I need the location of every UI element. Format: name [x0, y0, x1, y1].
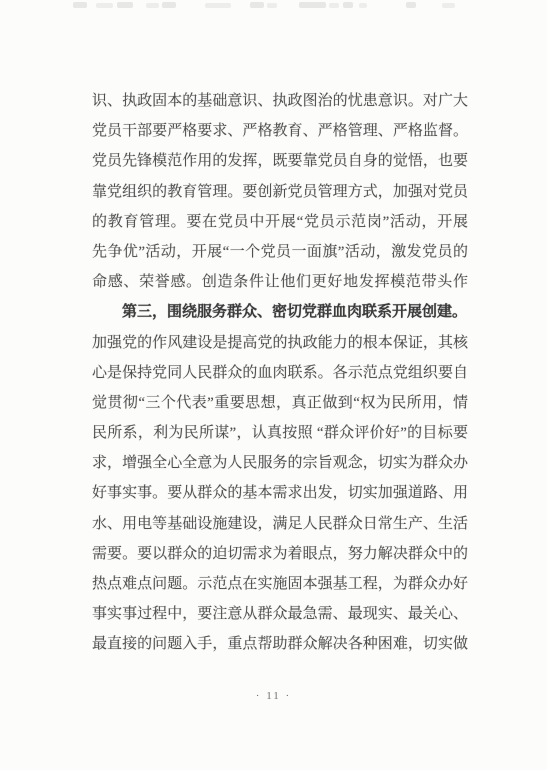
body-text-line: 事实事过程中，要注意从群众最急需、最现实、最关心、	[92, 599, 468, 629]
body-text-line: 民所系，利为民所谋”，认真按照 “群众评价好”的目标要	[92, 418, 468, 448]
body-text-line: 党员干部要严格要求、严格教育、严格管理、严格监督。	[92, 116, 468, 146]
body-text-line: 心是保持党同人民群众的血肉联系。各示范点党组织要自	[92, 358, 468, 388]
scanned-document-page: 识、执政固本的基础意识、执政图治的忧患意识。对广大党员干部要严格要求、严格教育、…	[0, 0, 547, 770]
body-text-line: 靠党组织的教育管理。要创新党员管理方式，加强对党员	[92, 177, 468, 207]
body-text-line: 好事实事。要从群众的基本需求出发，切实加强道路、用	[92, 478, 468, 508]
body-text-line: 加强党的作风建设是提高党的执政能力的根本保证，其核	[92, 328, 468, 358]
page-number: · 11 ·	[0, 690, 547, 702]
body-text-line: 需要。要以群众的迫切需求为着眼点，努力解决群众中的	[92, 539, 468, 569]
body-text-line: 命感、荣誉感。创造条件让他们更好地发挥模范带头作用。	[92, 267, 468, 297]
body-text-line: 热点难点问题。示范点在实施固本强基工程，为群众办好	[92, 569, 468, 599]
body-text-line: 的教育管理。要在党员中开展“党员示范岗”活动，开展“创	[92, 207, 468, 237]
body-text-line: 水、用电等基础设施建设，满足人民群众日常生产、生活	[92, 509, 468, 539]
body-text-line: 求，增强全心全意为人民服务的宗旨观念，切实为群众办	[92, 448, 468, 478]
body-text-line: 识、执政固本的基础意识、执政图治的忧患意识。对广大	[92, 86, 468, 116]
body-text-line: 党员先锋模范作用的发挥，既要靠党员自身的觉悟，也要	[92, 146, 468, 176]
body-text-line: 先争优”活动，开展“一个党员一面旗”活动，激发党员的使	[92, 237, 468, 267]
bleedthrough-artifacts	[73, 2, 473, 11]
section-heading-line: 第三，围绕服务群众、密切党群血肉联系开展创建。	[92, 297, 468, 327]
body-text-line: 最直接的问题入手，重点帮助群众解决各种困难，切实做	[92, 629, 468, 659]
body-text-line: 觉贯彻“三个代表”重要思想，真正做到“权为民所用，情为	[92, 388, 468, 418]
document-text-block: 识、执政固本的基础意识、执政图治的忧患意识。对广大党员干部要严格要求、严格教育、…	[92, 86, 468, 660]
